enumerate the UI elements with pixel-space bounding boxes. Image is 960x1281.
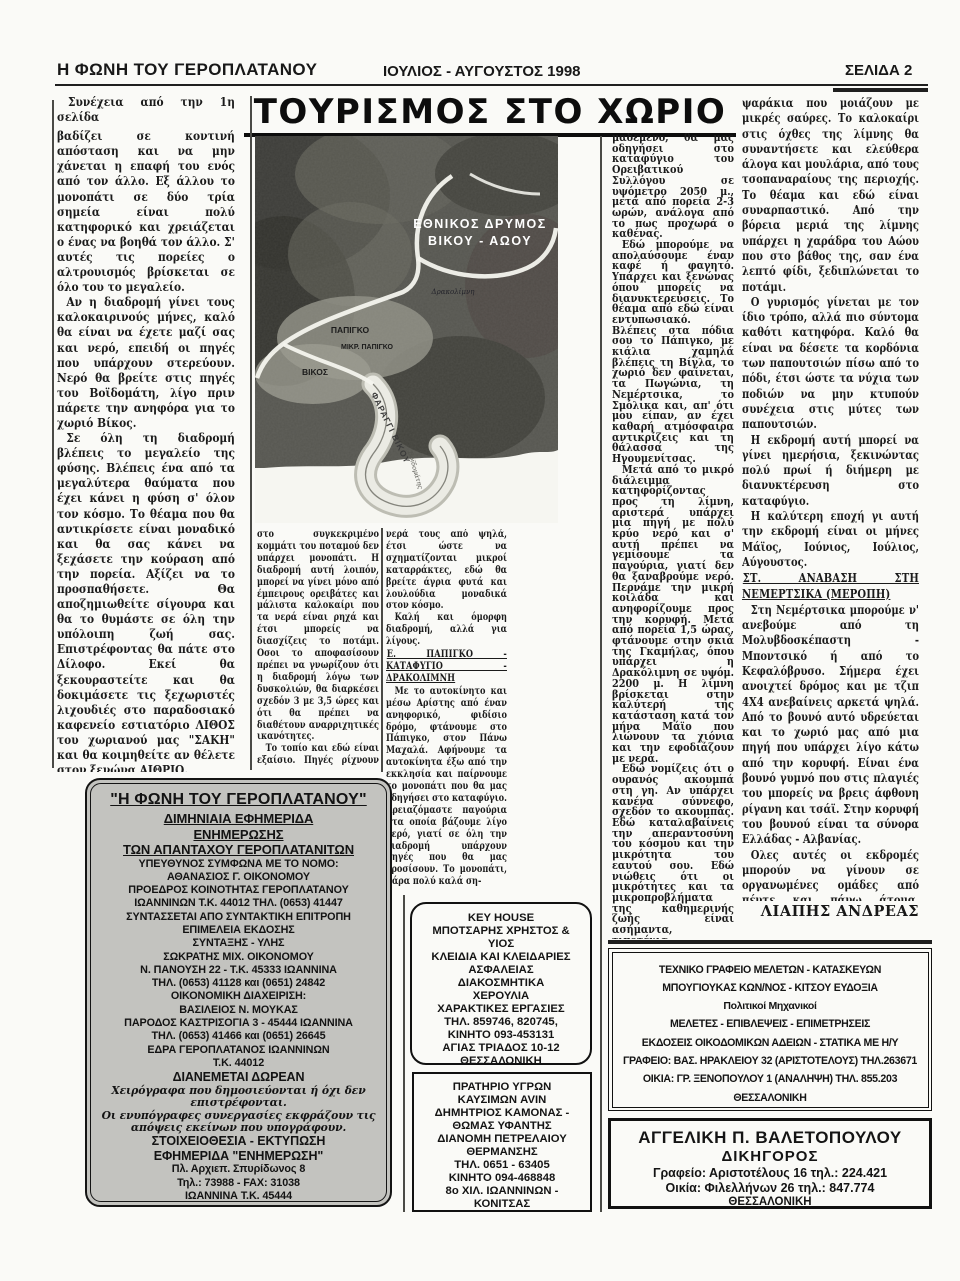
text-line: ΕΠΙΜΕΛΕΙΑ ΕΚΔΟΣΗΣ <box>99 924 378 937</box>
map-label-park-line2: ΒΙΚΟΥ - ΑΩΟΥ <box>428 234 532 248</box>
text-line: ΠΡΟΕΔΡΟΣ ΚΟΙΝΟΤΗΤΑΣ ΓΕΡΟΠΛΑΤΑΝΟΥ <box>99 884 378 897</box>
text-line: Η εκδρομή αυτή μπορεί να γίνει ημερήσια,… <box>742 432 919 508</box>
text-line: ΟΙΚΟΝΟΜΙΚΗ ΔΙΑΧΕΙΡΙΣΗ: <box>99 990 378 1003</box>
text-line: ΠΑΡΟΔΟΣ ΚΑΣΤΡΙΣΟΓΙΑ 3 - 45444 ΙΩΑΝΝΙΝΑ <box>99 1017 378 1030</box>
text-line: Στη Νεμέρτσικα μπορούμε ν' ανεβούμε από … <box>742 602 919 847</box>
text-line: Μετά από το μικρό διάλειμμα κατηφορίζοντ… <box>612 465 734 765</box>
page-number-rule <box>833 88 928 92</box>
text-line: ΚΟΝΙΤΣΑΣ <box>414 1198 590 1211</box>
text-line: ΥΠΕΥΘΥΝΟΣ ΣΥΜΦΩΝΑ ΜΕ ΤΟ ΝΟΜΟ: <box>99 858 378 871</box>
text-line: ΑΓΓΕΛΙΚΗ Π. ΒΑΛΕΤΟΠΟΥΛΟΥ <box>611 1128 929 1148</box>
text-line: ΙΩΑΝΝΙΝΑ Τ.Κ. 45444 <box>99 1190 378 1202</box>
text-line: ΕΦΗΜΕΡΙΔΑ "ΕΝΗΜΕΡΩΣΗ" <box>99 1149 378 1164</box>
masthead-box: "Η ΦΩΝΗ ΤΟΥ ΓΕΡΟΠΛΑΤΑΝΟΥ" ΔΙΜΗΝΙΑΙΑ ΕΦΗΜ… <box>85 778 392 1207</box>
text-line: Ολες αυτές οι εκδρομές μπορούν να γίνουν… <box>742 847 919 901</box>
text-line: μαδεμένο, θα μας οδηγήσει στο καταφύγιο … <box>612 133 734 240</box>
text-line: ΤΗΛ. (0653) 41466 και (0651) 26645 <box>99 1030 378 1043</box>
text-line: ΤΕΧΝΙΚΟ ΓΡΑΦΕΙΟ ΜΕΛΕΤΩΝ - ΚΑΤΑΣΚΕΥΩΝ <box>613 961 928 979</box>
article-headline: ΤΟΥΡΙΣΜΟΣ ΣΤΟ ΧΩΡΙΟ <box>244 95 736 137</box>
text-line: KEY HOUSE <box>412 912 590 925</box>
text-line: ΒΑΣΙΛΕΙΟΣ Ν. ΜΟΥΚΑΣ <box>99 1004 378 1017</box>
text-line: ΧΕΡΟΥΛΙΑ <box>412 990 590 1003</box>
text-line: ΜΠΟΤΣΑΡΗΣ ΧΡΗΣΤΟΣ & <box>412 925 590 938</box>
ad-lawyer: ΑΓΓΕΛΙΚΗ Π. ΒΑΛΕΤΟΠΟΥΛΟΥΔΙΚΗΓΟΡΟΣΓραφείο… <box>608 1118 932 1209</box>
text-line: 8ο ΧΙΛ. ΙΩΑΝΝΙΝΩΝ - <box>414 1185 590 1198</box>
ad-fuel-station: ΠΡΑΤΗΡΙΟ ΥΓΡΩΝΚΑΥΣΙΜΩΝ AVINΔΗΜΗΤΡΙΟΣ ΚΑΜ… <box>412 1072 592 1212</box>
text-line: ΘΕΡΜΑΝΣΗΣ <box>414 1146 590 1159</box>
text-line: νερά τους από ψηλά, έτσι ώστε να σχηματί… <box>386 529 507 612</box>
article-column-2: στο συγκεκριμένο κομμάτι του ποταμού δεν… <box>257 529 379 767</box>
text-line: Ν. ΠΑΝΟΥΣΗ 22 - Τ.Κ. 45333 ΙΩΑΝΝΙΝΑ <box>99 964 378 977</box>
paper-title: Η ΦΩΝΗ ΤΟΥ ΓΕΡΟΠΛΑΤΑΝΟΥ <box>57 60 317 80</box>
column-rule-2 <box>381 528 383 772</box>
text-line: ΠΡΑΤΗΡΙΟ ΥΓΡΩΝ <box>414 1081 590 1094</box>
text-line: ΚΙΝΗΤΟ 093-453131 <box>412 1029 590 1042</box>
text-line: Σε όλη τη διαδρομή βλέπεις το μεγαλείο τ… <box>57 430 235 772</box>
text-line: Τηλ.: 73988 - FAX: 31038 <box>99 1177 378 1190</box>
text-line: Εδώ μπορούμε να απολαύσουμε έναν καφέ ή … <box>612 240 734 465</box>
text-line: βαδίζει σε κοντινή απόσταση και να μην χ… <box>57 128 235 294</box>
right-section-rule <box>608 940 932 944</box>
text-line: Γραφείο: Αριστοτέλους 16 τηλ.: 224.421 <box>611 1166 929 1181</box>
text-line: ΣΥΝΤΑΞΗΣ - ΥΛΗΣ <box>99 937 378 950</box>
text-line: ΔΗΜΗΤΡΙΟΣ ΚΑΜΟΝΑΣ - <box>414 1107 590 1120</box>
text-line: ΕΚΔΟΣΕΙΣ ΟΙΚΟΔΟΜΙΚΩΝ ΑΔΕΙΩΝ - ΣΤΑΤΙΚΑ ΜΕ… <box>613 1034 928 1052</box>
column-rule-4 <box>600 136 602 1212</box>
newspaper-page: Η ΦΩΝΗ ΤΟΥ ΓΕΡΟΠΛΑΤΑΝΟΥ ΙΟΥΛΙΟΣ - ΑΥΓΟΥΣ… <box>0 0 960 1281</box>
text-line: ΑΘΑΝΑΣΙΟΣ Γ. ΟΙΚΟΝΟΜΟΥ <box>99 871 378 884</box>
map-label-papigo: ΠΑΠΙΓΚΟ <box>331 325 370 335</box>
text-line: ψαράκια που μοιάζουν με μικρές σαύρες. Τ… <box>742 95 919 294</box>
text-line: ΚΑΥΣΙΜΩΝ AVIN <box>414 1094 590 1107</box>
text-line: ΤΗΛ. (0653) 41128 και (0651) 24842 <box>99 977 378 990</box>
text-line: ΙΩΑΝΝΙΝΩΝ Τ.Κ. 44012 ΤΗΛ. (0653) 41447 <box>99 897 378 910</box>
text-line: ΚΛΕΙΔΙΑ ΚΑΙ ΚΛΕΙΔΑΡΙΕΣ <box>412 951 590 964</box>
text-line: ΜΠΟΥΓΙΟΥΚΑΣ ΚΩΝ/ΝΟΣ - ΚΙΤΣΟΥ ΕΥΔΟΞΙΑ <box>613 979 928 997</box>
text-line: ΘΩΜΑΣ ΥΦΑΝΤΗΣ <box>414 1120 590 1133</box>
map-label-drakolimni: Δρακολίμνη <box>431 287 476 296</box>
text-line: Η καλύτερη εποχή γι αυτή την εκδρομή είν… <box>742 508 919 569</box>
column-rule-3 <box>403 895 405 1212</box>
text-line: ΧΑΡΑΚΤΙΚΕΣ ΕΡΓΑΣΙΕΣ <box>412 1003 590 1016</box>
column-rule-left-edge <box>52 100 54 768</box>
map-label-mikro-papigo: ΜΙΚΡ. ΠΑΠΙΓΚΟ <box>341 344 394 351</box>
article-column-5: ψαράκια που μοιάζουν με μικρές σαύρες. Τ… <box>742 95 919 901</box>
text-line: ΘΕΣΣΑΛΟΝΙΚΗ <box>412 1055 590 1065</box>
text-line: ΣΩΚΡΑΤΗΣ ΜΙΧ. ΟΙΚΟΝΟΜΟΥ <box>99 951 378 964</box>
article-column-4: μαδεμένο, θα μας οδηγήσει στο καταφύγιο … <box>612 133 734 939</box>
text-line: ΔΙΚΗΓΟΡΟΣ <box>611 1148 929 1166</box>
text-line: στο συγκεκριμένο κομμάτι του ποταμού δεν… <box>257 529 379 743</box>
article-column-3: νερά τους από ψηλά, έτσι ώστε να σχηματί… <box>386 529 507 895</box>
text-line: ΘΕΣΣΑΛΟΝΙΚΗ <box>611 1195 929 1209</box>
text-line: Ε. ΠΑΠΙΓΚΟ - ΚΑΤΑΦΥΓΙΟ - ΔΡΑΚΟΛΙΜΝΗ <box>386 649 507 685</box>
text-line: ΥΙΟΣ <box>412 938 590 951</box>
text-line: Καλή και όμορφη διαδρομή, αλλά για λίγου… <box>386 612 507 648</box>
text-line: Εδώ νομίζεις ότι ο ουρανός ακουμπά στη γ… <box>612 764 734 939</box>
map-label-park-line1: ΕΘΝΙΚΟΣ ΔΡΥΜΟΣ <box>413 217 547 231</box>
text-line: ΔΙΑΝΕΜΕΤΑΙ ΔΩΡΕΑΝ <box>99 1070 378 1085</box>
text-line: Χειρόγραφα που δημοσιεύονται ή όχι δεν ε… <box>99 1085 378 1110</box>
text-line: Οι ενυπόγραφες συνεργασίες εκφράζουν τις… <box>99 1110 378 1135</box>
text-line: ΔΙΜΗΝΙΑΙΑ ΕΦΗΜΕΡΙΔΑ <box>99 811 378 827</box>
text-line: Τ.Κ. 44012 <box>99 1057 378 1070</box>
column-rule-1 <box>250 96 252 770</box>
text-line: Αν η διαδρομή γίνει τους καλοκαιρινούς μ… <box>57 294 235 430</box>
text-line: ΣΤ. ΑΝΑΒΑΣΗ ΣΤΗ ΝΕΜΕΡΤΣΙΚΑ (ΜΕΡΟΠΗ) <box>742 570 919 601</box>
text-line: ΘΕΣΣΑΛΟΝΙΚΗ <box>613 1089 928 1107</box>
text-line: ΣΥΝΤΑΣΣΕΤΑΙ ΑΠΟ ΣΥΝΤΑΚΤΙΚΗ ΕΠΙΤΡΟΠΗ <box>99 911 378 924</box>
masthead-title: "Η ΦΩΝΗ ΤΟΥ ΓΕΡΟΠΛΑΤΑΝΟΥ" <box>99 790 378 809</box>
text-line: ΟΙΚΙΑ: ΓΡ. ΞΕΝΟΠΟΥΛΟΥ 1 (ΑΝΑΛΗΨΗ) ΤΗΛ. 8… <box>613 1070 928 1088</box>
page-number: ΣΕΛΙΔΑ 2 <box>845 62 912 79</box>
text-line: Πλ. Αρχιεπ. Σπυρίδωνος 8 <box>99 1163 378 1176</box>
text-line: ΤΗΛ. 859746, 820745, <box>412 1016 590 1029</box>
author-signature: ΛΙΑΠΗΣ ΑΝΔΡΕΑΣ <box>742 903 919 920</box>
map-label-vikos: ΒΙΚΟΣ <box>302 367 328 377</box>
text-line: ΤΩΝ ΑΠΑΝΤΑΧΟΥ ΓΕΡΟΠΛΑΤΑΝΙΤΩΝ <box>99 842 378 858</box>
text-line: ΣΤΟΙΧΕΙΟΘΕΣΙΑ - ΕΚΤΥΠΩΣΗ <box>99 1134 378 1149</box>
vikos-aoos-map: ΕΘΝΙΚΟΣ ΔΡΥΜΟΣ ΒΙΚΟΥ - ΑΩΟΥ Δρακολίμνη Π… <box>255 136 558 523</box>
text-line: ΔΙΑΝΟΜΗ ΠΕΤΡΕΛΑΙΟΥ <box>414 1133 590 1146</box>
masthead-lines: ΔΙΜΗΝΙΑΙΑ ΕΦΗΜΕΡΙΔΑΕΝΗΜΕΡΩΣΗΣΤΩΝ ΑΠΑΝΤΑΧ… <box>99 811 378 1202</box>
text-line: ΔΙΑΚΟΣΜΗΤΙΚΑ <box>412 977 590 990</box>
text-line: ΕΔΡΑ ΓΕΡΟΠΛΑΤΑΝΟΣ ΙΩΑΝΝΙΝΩΝ <box>99 1044 378 1057</box>
text-line: ΚΙΝΗΤΟ 094-468848 <box>414 1172 590 1185</box>
text-line: Συνέχεια από την 1η σελίδα <box>57 94 235 124</box>
text-line: ΤΗΛ. 0651 - 63405 <box>414 1159 590 1172</box>
text-line: ΕΝΗΜΕΡΩΣΗΣ <box>99 827 378 843</box>
ad-engineering-office: ΤΕΧΝΙΚΟ ΓΡΑΦΕΙΟ ΜΕΛΕΤΩΝ - ΚΑΤΑΣΚΕΥΩΝΜΠΟΥ… <box>608 948 932 1111</box>
text-line: Το τοπίο και εδώ είναι εξαίσιο. Πηγές ρί… <box>257 743 379 767</box>
text-line: ΑΣΦΑΛΕΙΑΣ <box>412 964 590 977</box>
text-line: Οικία: Φιλελλήνων 26 τηλ.: 847.774 <box>611 1181 929 1196</box>
text-line: Με το αυτοκίνητο και μέσω Αρίστης από έν… <box>386 686 507 888</box>
masthead-frame: "Η ΦΩΝΗ ΤΟΥ ΓΕΡΟΠΛΑΤΑΝΟΥ" ΔΙΜΗΝΙΑΙΑ ΕΦΗΜ… <box>90 783 387 1202</box>
text-line: ΜΕΛΕΤΕΣ - ΕΠΙΒΛΕΨΕΙΣ - ΕΠΙΜΕΤΡΗΣΕΙΣ <box>613 1015 928 1033</box>
issue-date: ΙΟΥΛΙΟΣ - ΑΥΓΟΥΣΤΟΣ 1998 <box>383 63 581 80</box>
text-line: ΓΡΑΦΕΙΟ: ΒΑΣ. ΗΡΑΚΛΕΙΟΥ 32 (ΑΡΙΣΤΟΤΕΛΟΥΣ… <box>613 1052 928 1070</box>
text-line: ΑΓΙΑΣ ΤΡΙΑΔΟΣ 10-12 <box>412 1042 590 1055</box>
text-line: Πολιτικοί Μηχανικοί <box>613 997 928 1015</box>
header-rule <box>55 84 928 86</box>
ad-key-house: KEY HOUSEΜΠΟΤΣΑΡΗΣ ΧΡΗΣΤΟΣ &ΥΙΟΣΚΛΕΙΔΙΑ … <box>410 902 592 1065</box>
text-line: Ο γυρισμός γίνεται με τον ίδιο τρόπο, αλ… <box>742 294 919 432</box>
article-column-1: Συνέχεια από την 1η σελίδαβαδίζει σε κον… <box>57 94 235 772</box>
